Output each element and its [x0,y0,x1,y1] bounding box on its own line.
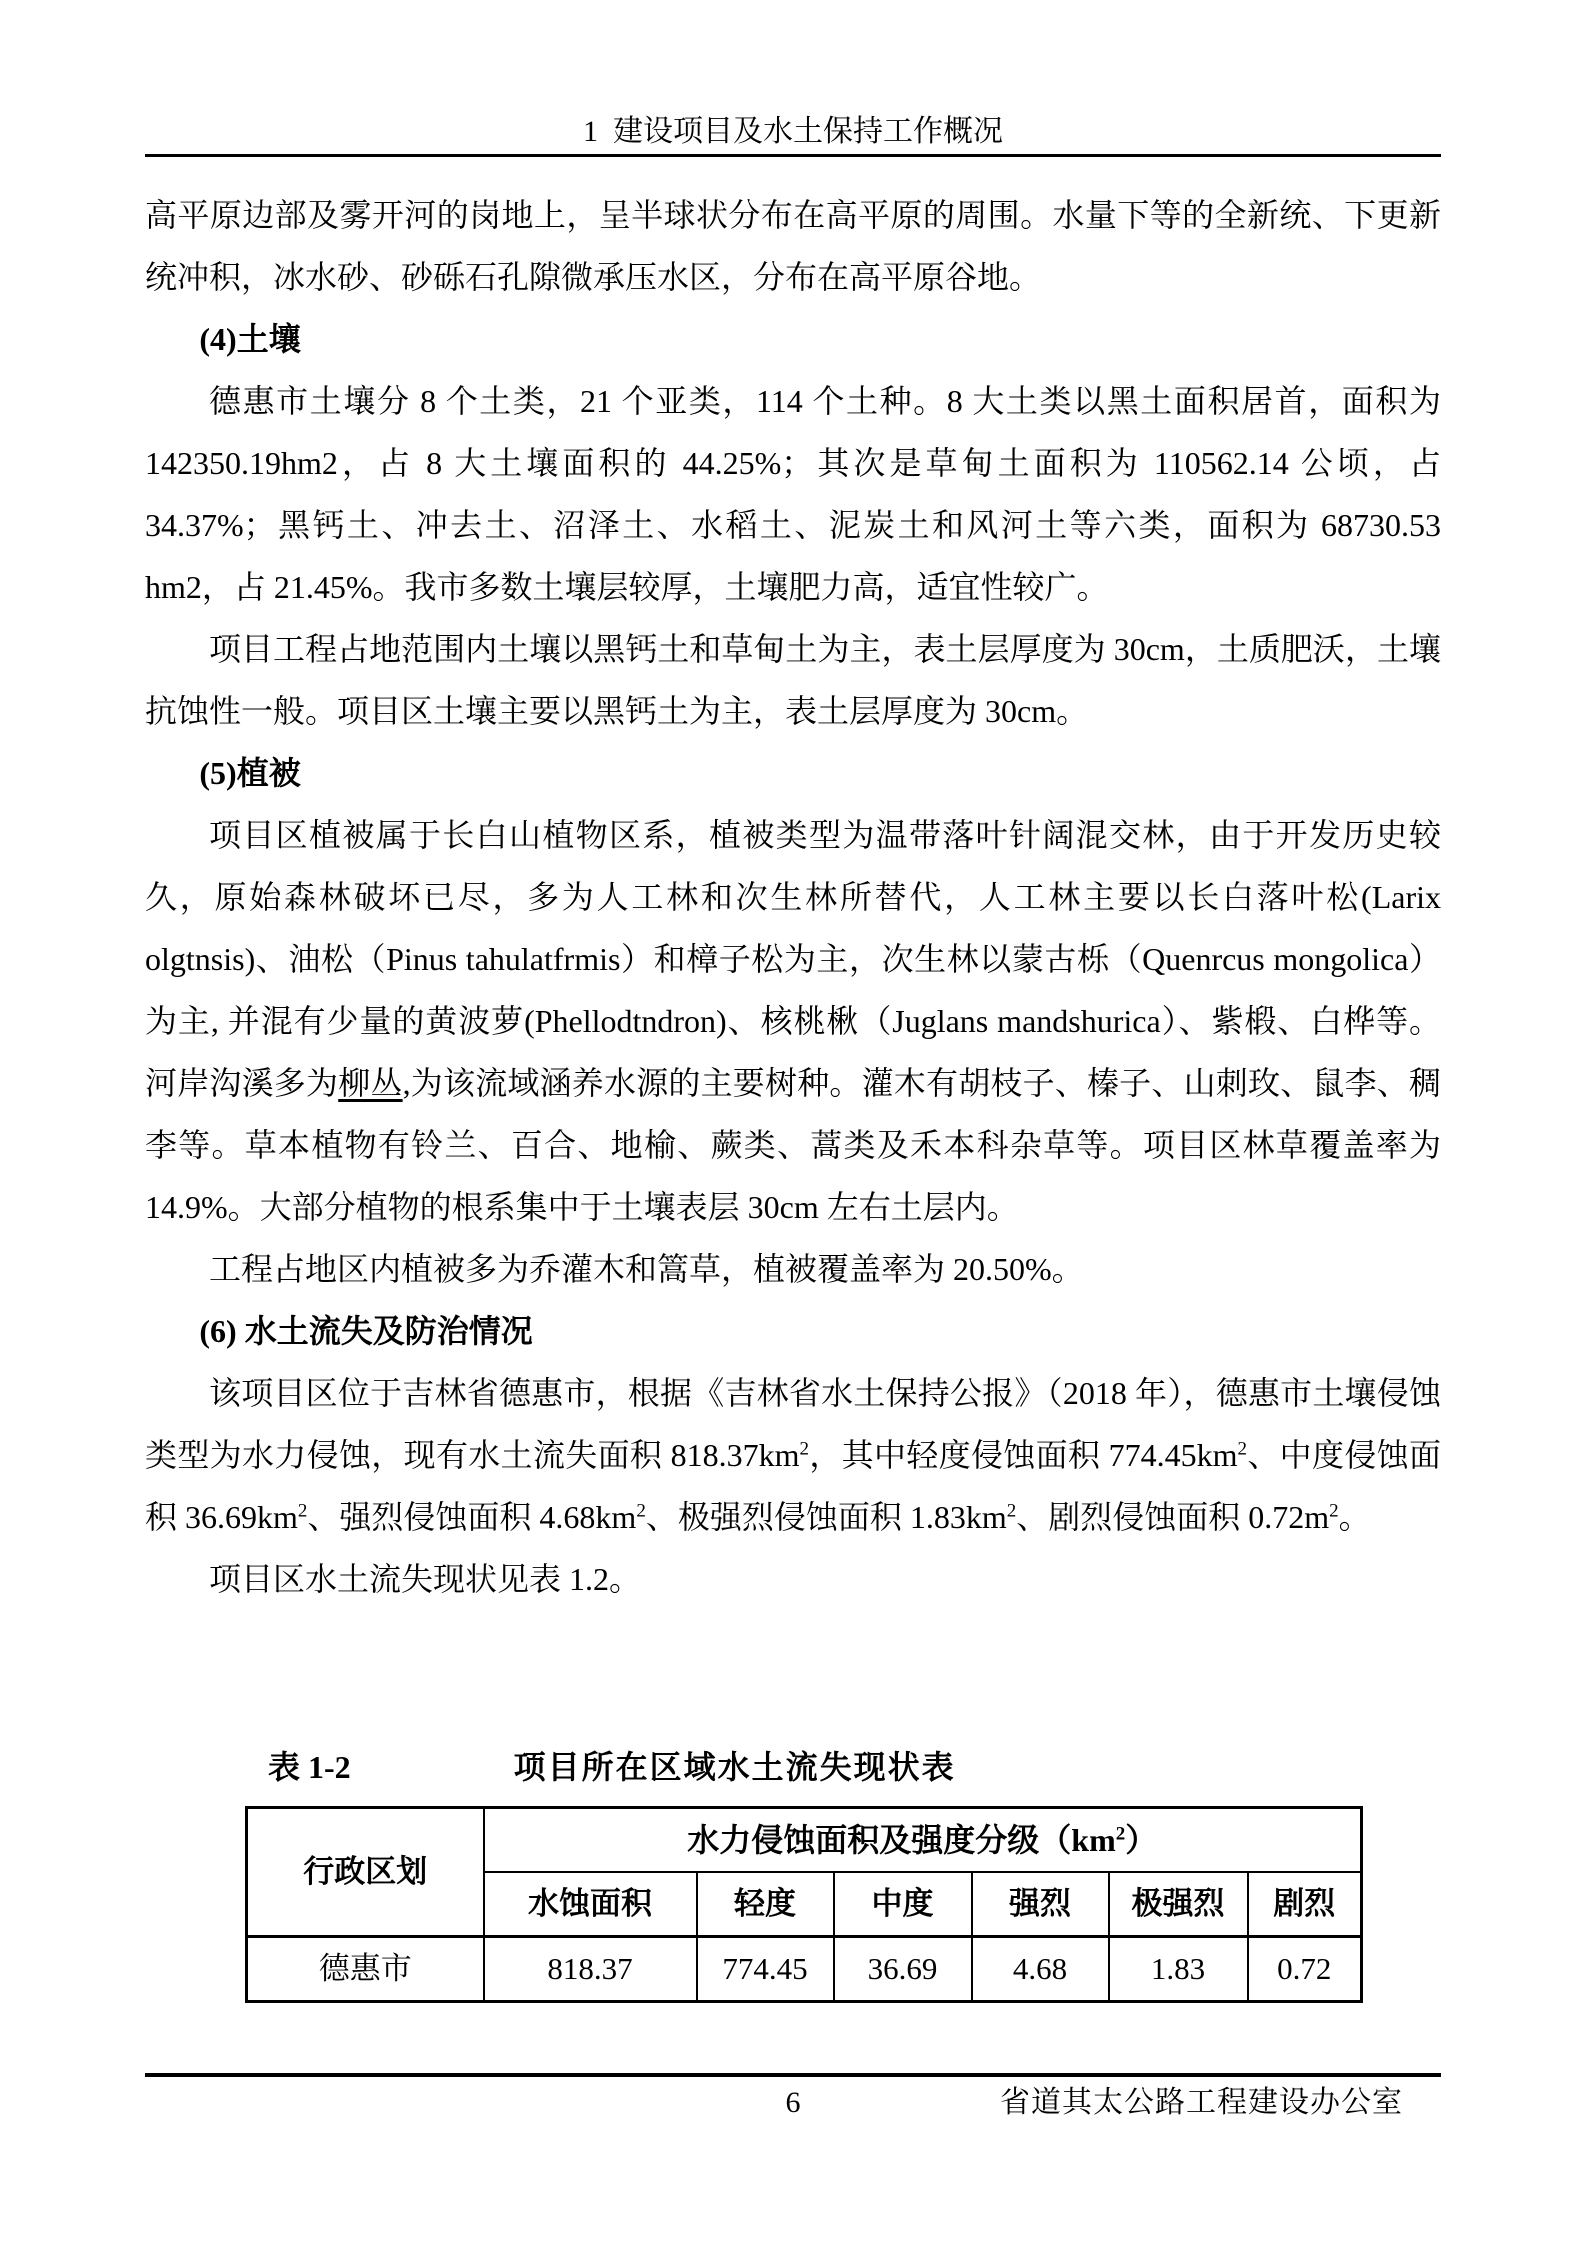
table-cell: 36.69 [834,1937,972,2002]
table-header-row-1: 行政区划 水力侵蚀面积及强度分级（km2） [247,1808,1362,1873]
superscript: 2 [799,1438,809,1459]
header-rule [145,154,1441,157]
section-heading: (5)植被 [145,742,1441,804]
paragraph: 该项目区位于吉林省德惠市，根据《吉林省水土保持公报》（2018 年），德惠市土壤… [145,1362,1441,1548]
table-block: 表 1-2 项目所在区域水土流失现状表 行政区划 水力侵蚀面积及强度分级（km2… [145,1736,1441,2003]
table-cell-region: 德惠市 [247,1937,484,2002]
table-caption: 表 1-2 项目所在区域水土流失现状表 [145,1736,1441,1798]
document-body: 高平原边部及雾开河的岗地上，呈半球状分布在高平原的周围。水量下等的全新统、下更新… [145,184,1441,1610]
text-segment: 项目工程占地范围内土壤以黑钙土和草甸土为主，表土层厚度为 30cm，土质肥沃，土… [145,631,1441,729]
text-segment: 。 [1339,1499,1371,1535]
text-segment: 、强烈侵蚀面积 4.68km [307,1499,636,1535]
text-segment: 、极强烈侵蚀面积 1.83km [646,1499,1007,1535]
text-segment: ，其中轻度侵蚀面积 774.45km [809,1437,1238,1473]
erosion-status-table: 行政区划 水力侵蚀面积及强度分级（km2） 水蚀面积 轻度 中度 强烈 极强烈 … [245,1806,1363,2003]
section-heading: (4)土壤 [145,308,1441,370]
table-caption-label: 表 1-2 [268,1749,351,1785]
page-header: 1 建设项目及水土保持工作概况 [145,0,1441,160]
table-header-cell: 极强烈 [1109,1872,1248,1937]
superscript: 2 [636,1500,646,1521]
text-segment: 项目区植被属于长白山植物区系，植被类型为温带落叶针阔混交林，由于开发历史较久，原… [145,817,1441,1101]
chapter-title: 1 建设项目及水土保持工作概况 [145,114,1441,150]
text-segment: 德惠市土壤分 8 个土类，21 个亚类，114 个土种。8 大土类以黑土面积居首… [145,383,1441,605]
text-segment: 高平原边部及雾开河的岗地上，呈半球状分布在高平原的周围。水量下等的全新统、下更新… [145,197,1441,295]
superscript: 2 [1238,1438,1248,1459]
text-segment: (4)土壤 [199,321,300,357]
table-cell: 1.83 [1109,1937,1248,2002]
table-cell: 774.45 [697,1937,834,2002]
page-footer: 6 省道其太公路工程建设办公室 [145,2073,1441,2137]
table-header-cell: 剧烈 [1248,1872,1362,1937]
paragraph-list: 高平原边部及雾开河的岗地上，呈半球状分布在高平原的周围。水量下等的全新统、下更新… [145,184,1441,1610]
text-segment: 、剧烈侵蚀面积 0.72m [1016,1499,1329,1535]
table-header-cell: 水蚀面积 [484,1872,697,1937]
text-segment: (6) 水土流失及防治情况 [199,1313,532,1349]
paragraph: 德惠市土壤分 8 个土类，21 个亚类，114 个土种。8 大土类以黑土面积居首… [145,370,1441,618]
footer-office-name: 省道其太公路工程建设办公室 [1000,2079,1403,2127]
paragraph: 项目区水土流失现状见表 1.2。 [145,1548,1441,1610]
paragraph: 项目区植被属于长白山植物区系，植被类型为温带落叶针阔混交林，由于开发历史较久，原… [145,804,1441,1238]
text-segment: 工程占地区内植被多为乔灌木和篙草，植被覆盖率为 20.50%。 [209,1251,1084,1287]
table-header-cell: 中度 [834,1872,972,1937]
table-cell: 0.72 [1248,1937,1362,2002]
table-cell: 818.37 [484,1937,697,2002]
superscript: 2 [1329,1500,1339,1521]
section-heading: (6) 水土流失及防治情况 [145,1300,1441,1362]
paragraph: 工程占地区内植被多为乔灌木和篙草，植被覆盖率为 20.50%。 [145,1238,1441,1300]
document-page: 1 建设项目及水土保持工作概况 高平原边部及雾开河的岗地上，呈半球状分布在高平原… [0,0,1587,2245]
superscript: 2 [1007,1500,1017,1521]
paragraph: 高平原边部及雾开河的岗地上，呈半球状分布在高平原的周围。水量下等的全新统、下更新… [145,184,1441,308]
table-header-group: 水力侵蚀面积及强度分级（km2） [484,1808,1362,1873]
superscript: 2 [298,1500,308,1521]
table-header-region: 行政区划 [247,1808,484,1937]
text-segment: (5)植被 [199,755,300,791]
group-header-sup: 2 [1116,1823,1126,1844]
paragraph: 项目工程占地范围内土壤以黑钙土和草甸土为主，表土层厚度为 30cm，土质肥沃，土… [145,618,1441,742]
table-header-cell: 强烈 [972,1872,1109,1937]
table-header-cell: 轻度 [697,1872,834,1937]
text-segment: 柳丛 [338,1065,402,1101]
text-segment: 项目区水土流失现状见表 1.2。 [209,1561,641,1597]
table-cell: 4.68 [972,1937,1109,2002]
group-header-suffix: ） [1125,1822,1157,1858]
table-caption-title: 项目所在区域水土流失现状表 [514,1749,956,1785]
group-header-text: 水力侵蚀面积及强度分级（km [687,1822,1115,1858]
table-row: 德惠市 818.37 774.45 36.69 4.68 1.83 0.72 [247,1937,1362,2002]
